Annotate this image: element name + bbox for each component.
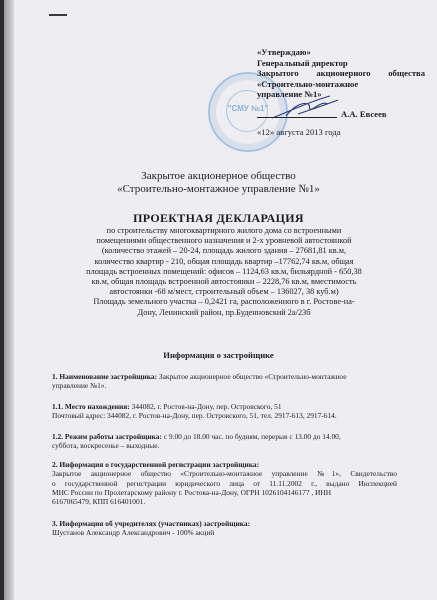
- section-heading: Информация о застройщике: [0, 350, 437, 360]
- section-label: 1. Наименование застройщика:: [52, 372, 157, 381]
- signature-line: [257, 117, 337, 118]
- section-label: 2. Информация о государственной регистра…: [52, 460, 259, 469]
- section-text: управление №1».: [52, 381, 397, 390]
- section-text: МНС России по Пролетарскому району г. Ро…: [52, 488, 397, 497]
- project-description: по строительству многоквартирного жилого…: [74, 226, 374, 318]
- description-line: площадь встроенных помещений: офисов – 1…: [74, 267, 374, 277]
- scan-edge-gradient: [4, 0, 14, 600]
- seal-text: "СМУ №1": [222, 104, 274, 113]
- approval-line: «Строительно-монтажное: [257, 79, 425, 90]
- approval-line: Закрытого акционерного общества: [257, 68, 425, 79]
- section-text: Шустанов Александр Александрович - 100% …: [52, 528, 397, 537]
- section-founders: 3. Информация об учредителях (участниках…: [52, 519, 397, 538]
- section-label: 1.2. Режим работы застройщика:: [52, 432, 162, 441]
- org-name-line1: Закрытое акционерное общество: [0, 170, 437, 183]
- section-text: Закрытое акционерное общество «Строитель…: [157, 372, 346, 381]
- section-text: о государственной регистрации юридическо…: [52, 479, 397, 488]
- signatory-name: А.А. Евсеев: [341, 109, 387, 119]
- section-text: Закрытое акционерное общество «Строитель…: [52, 469, 397, 478]
- section-location: 1.1. Место нахождения: 344082, г. Ростов…: [52, 402, 397, 421]
- description-line: автостоянки -68 м/мест, строительный объ…: [74, 287, 374, 297]
- org-name-line2: «Строительно-монтажное управление №1»: [0, 183, 437, 196]
- section-label: 3. Информация об учредителях (участниках…: [52, 519, 250, 528]
- description-line: Площадь земельного участка – 0,2421 га, …: [74, 297, 374, 307]
- section-registration: 2. Информация о государственной регистра…: [52, 460, 397, 506]
- approval-date: «12» августа 2013 года: [257, 127, 341, 137]
- section-text: Почтовый адрес: 344082, г. Ростов-на-Дон…: [52, 411, 397, 420]
- description-line: количество квартир - 210, общая площадь …: [74, 257, 374, 267]
- section-text: с 9.00 до 18.00 час. по будням, перерыв …: [162, 432, 341, 441]
- section-text: суббота, воскресенье – выходные.: [52, 441, 397, 450]
- section-work-hours: 1.2. Режим работы застройщика: с 9.00 до…: [52, 432, 397, 451]
- section-text: 6167065479, КПП 616401001.: [52, 497, 397, 506]
- section-developer-name: 1. Наименование застройщика: Закрытое ак…: [52, 372, 397, 391]
- section-text: 344082, г. Ростов-на-Дону, пер. Островск…: [130, 402, 282, 411]
- description-line: по строительству многоквартирного жилого…: [74, 226, 374, 236]
- approval-line: Генеральный директор: [257, 58, 425, 69]
- organization-title: Закрытое акционерное общество «Строитель…: [0, 170, 437, 196]
- description-line: помещениями общественного назначения и 2…: [74, 236, 374, 246]
- description-line: кв.м, общая площадь встроенной автостоян…: [74, 277, 374, 287]
- section-label: 1.1. Место нахождения:: [52, 402, 130, 411]
- page-mark: [49, 14, 67, 16]
- description-line: (количество этажей – 20-24, площадь жило…: [74, 246, 374, 256]
- approval-line: «Утверждаю»: [257, 47, 425, 58]
- description-line: Дону, Ленинский район, пр.Буденновский 2…: [74, 308, 374, 318]
- document-title: ПРОЕКТНАЯ ДЕКЛАРАЦИЯ: [0, 211, 437, 226]
